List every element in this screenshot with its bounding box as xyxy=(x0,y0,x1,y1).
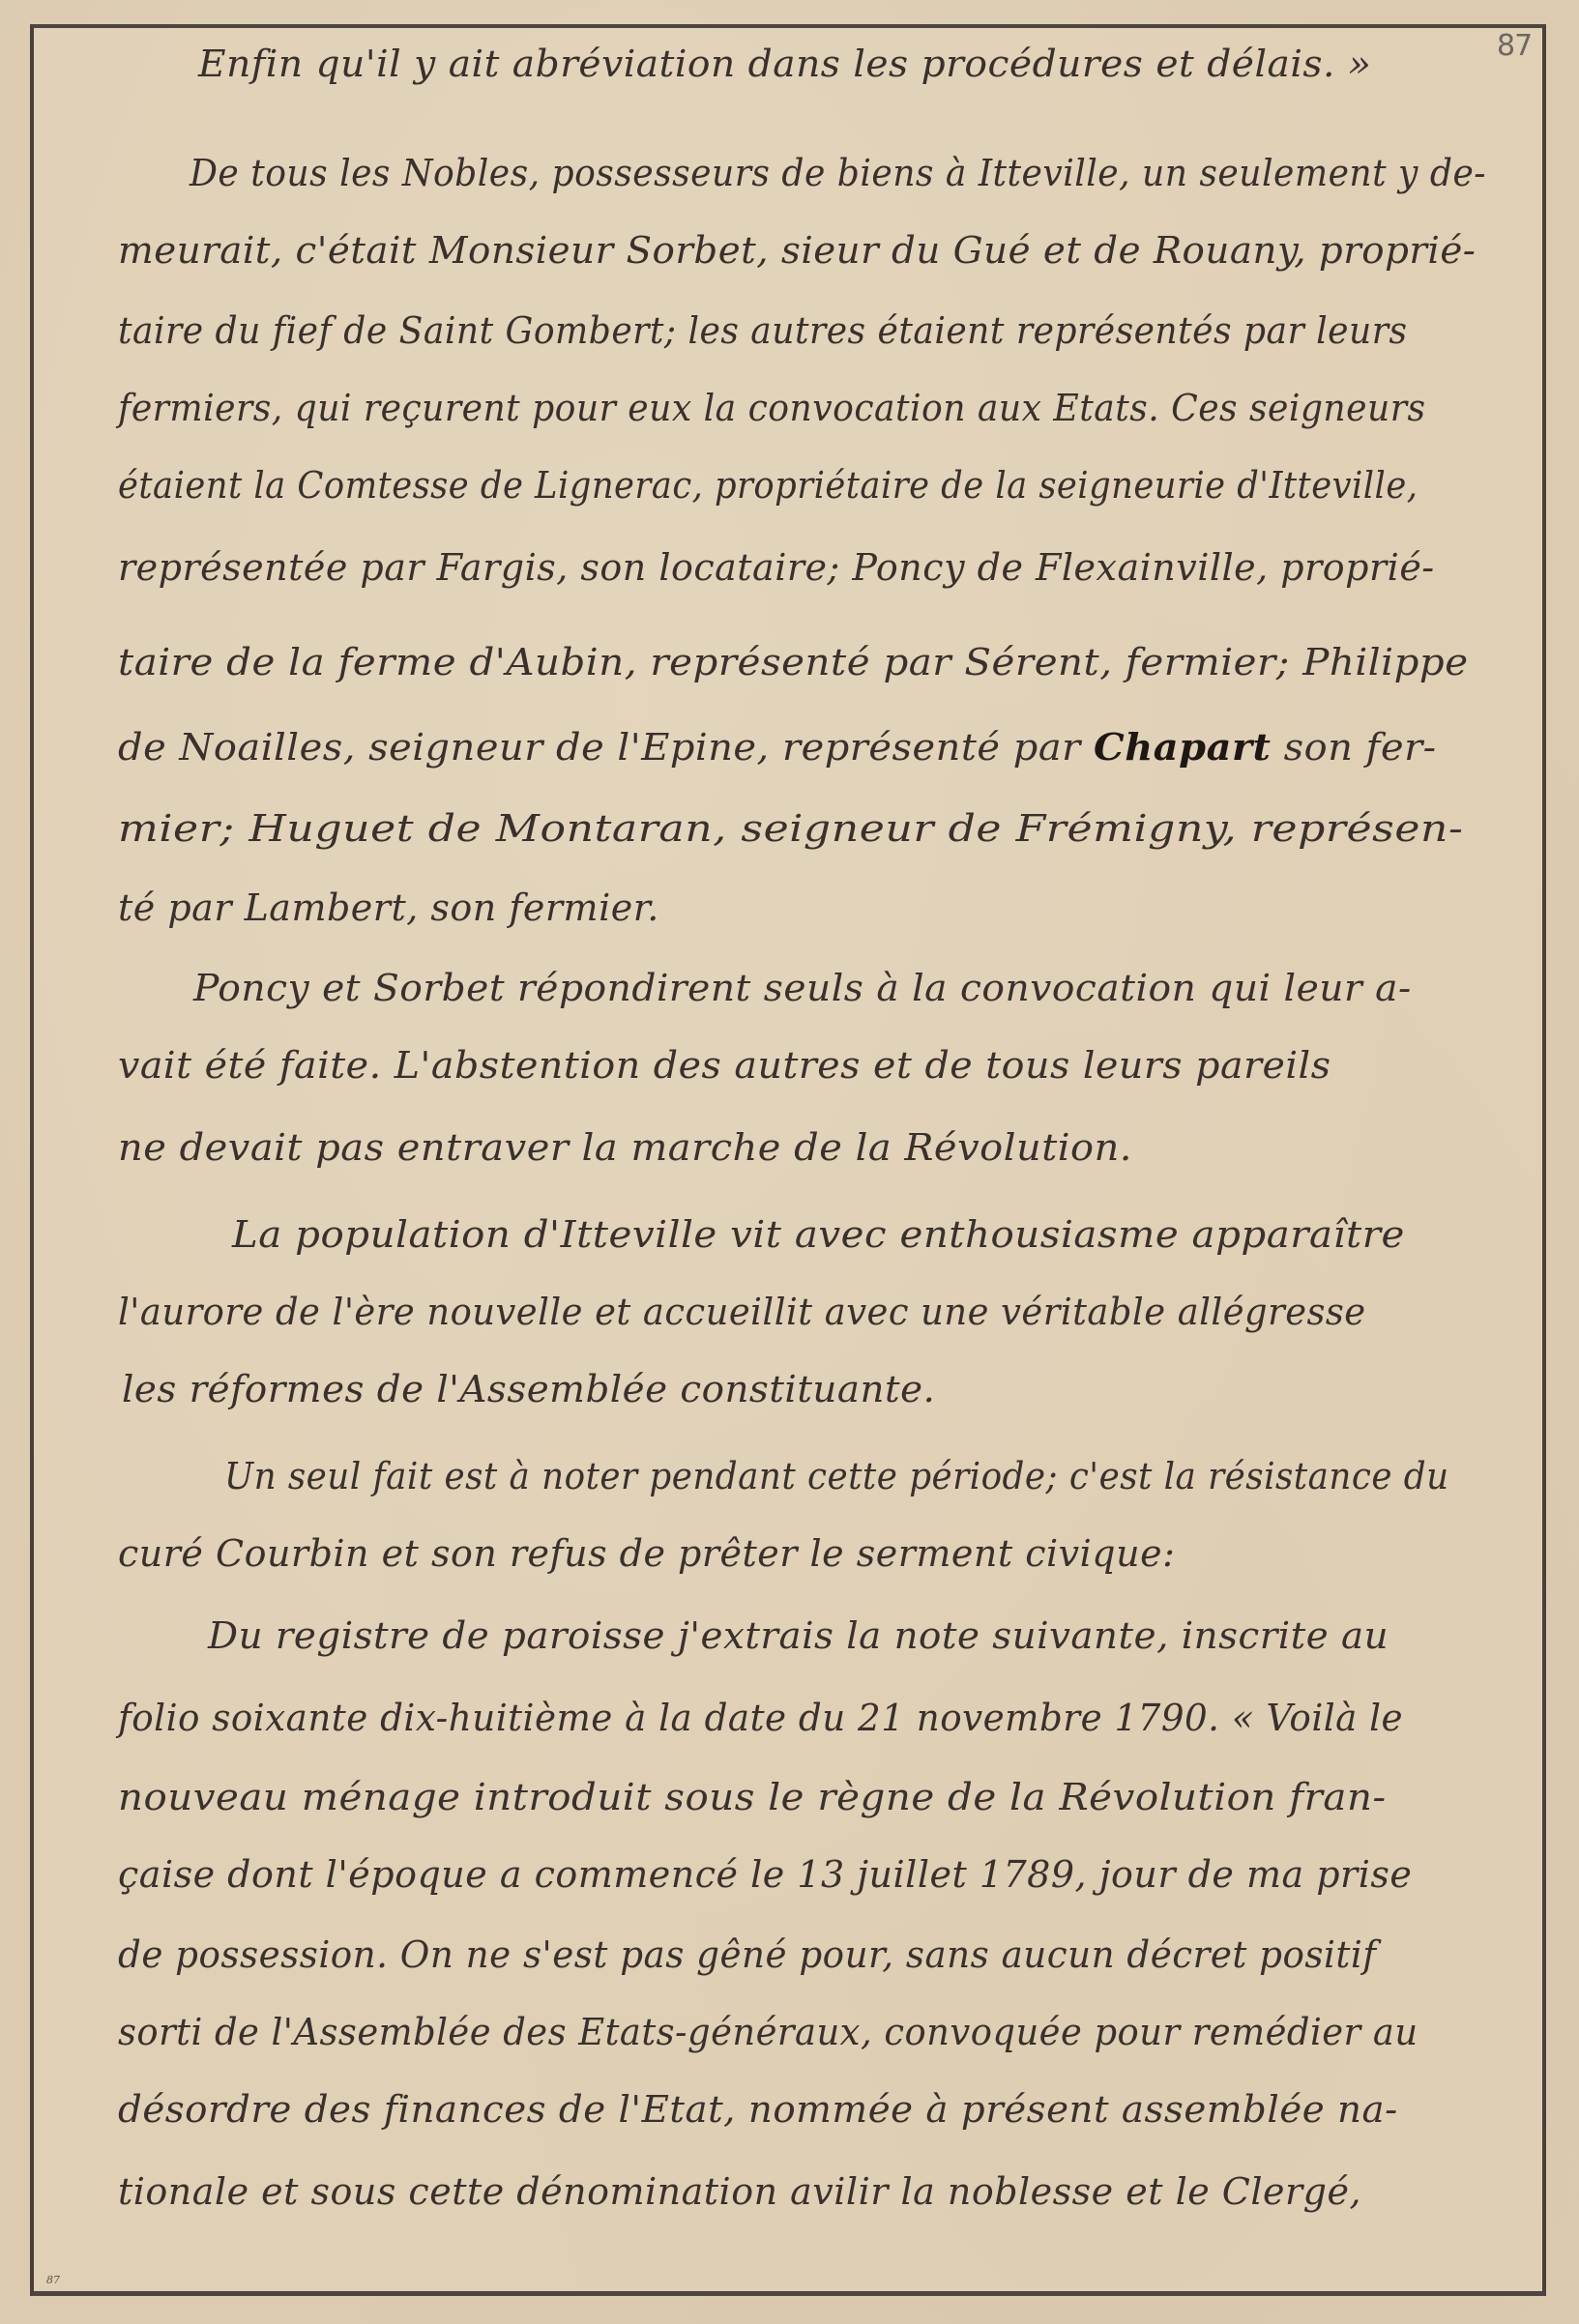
text-line-2: De tous les Nobles, possesseurs de biens… xyxy=(190,152,1486,194)
text-line-8: taire de la ferme d'Aubin, représenté pa… xyxy=(118,641,1469,683)
sheet-mark: 87 xyxy=(46,2274,60,2286)
text-line-6: étaient la Comtesse de Lignerac, proprié… xyxy=(118,464,1418,507)
text-line-21: folio soixante dix-huitième à la date du… xyxy=(118,1697,1403,1739)
text-line-10: mier; Huguet de Montaran, seigneur de Fr… xyxy=(118,807,1463,850)
text-line-15: La population d'Itteville vit avec entho… xyxy=(232,1213,1405,1256)
text-line-12: Poncy et Sorbet répondirent seuls à la c… xyxy=(193,967,1412,1009)
text-line-9: de Noailles, seigneur de l'Epine, représ… xyxy=(118,725,1437,769)
text-line-19: curé Courbin et son refus de prêter le s… xyxy=(118,1532,1175,1575)
text-line-3: meurait, c'était Monsieur Sorbet, sieur … xyxy=(118,229,1476,272)
text-line-5: fermiers, qui reçurent pour eux la convo… xyxy=(118,387,1425,429)
text-line-27: tionale et sous cette dénomination avili… xyxy=(118,2170,1361,2213)
text-line-11: té par Lambert, son fermier. xyxy=(118,886,659,929)
text-line-23: çaise dont l'époque a commencé le 13 jui… xyxy=(118,1853,1412,1896)
text-line-26: désordre des finances de l'Etat, nommée … xyxy=(118,2088,1398,2131)
text-line-24: de possession. On ne s'est pas gêné pour… xyxy=(118,1933,1377,1976)
text-line-18: Un seul fait est à noter pendant cette p… xyxy=(224,1455,1449,1497)
text-line-16: l'aurore de l'ère nouvelle et accueillit… xyxy=(118,1291,1366,1333)
text-line-4: taire du fief de Saint Gombert; les autr… xyxy=(118,309,1407,352)
manuscript-page: 87 Enfin qu'il y ait abréviation dans le… xyxy=(0,0,1579,2324)
text-line-25: sorti de l'Assemblée des Etats-généraux,… xyxy=(118,2011,1418,2053)
text-line-9-before: de Noailles, seigneur de l'Epine, représ… xyxy=(118,726,1094,769)
text-line-13: vait été faite. L'abstention des autres … xyxy=(118,1044,1331,1087)
text-line-7: représentée par Fargis, son locataire; P… xyxy=(118,546,1435,589)
inserted-name-chapart: Chapart xyxy=(1094,725,1272,769)
text-line-17: les réformes de l'Assemblée constituante… xyxy=(122,1368,935,1410)
text-line-22: nouveau ménage introduit sous le règne d… xyxy=(118,1776,1387,1818)
text-line-14: ne devait pas entraver la marche de la R… xyxy=(118,1126,1132,1169)
folio-number: 87 xyxy=(1497,29,1532,63)
text-line-20: Du registre de paroisse j'extrais la not… xyxy=(208,1614,1389,1657)
text-line-9-after: son fer- xyxy=(1271,726,1436,769)
text-line-1: Enfin qu'il y ait abréviation dans les p… xyxy=(198,43,1371,85)
